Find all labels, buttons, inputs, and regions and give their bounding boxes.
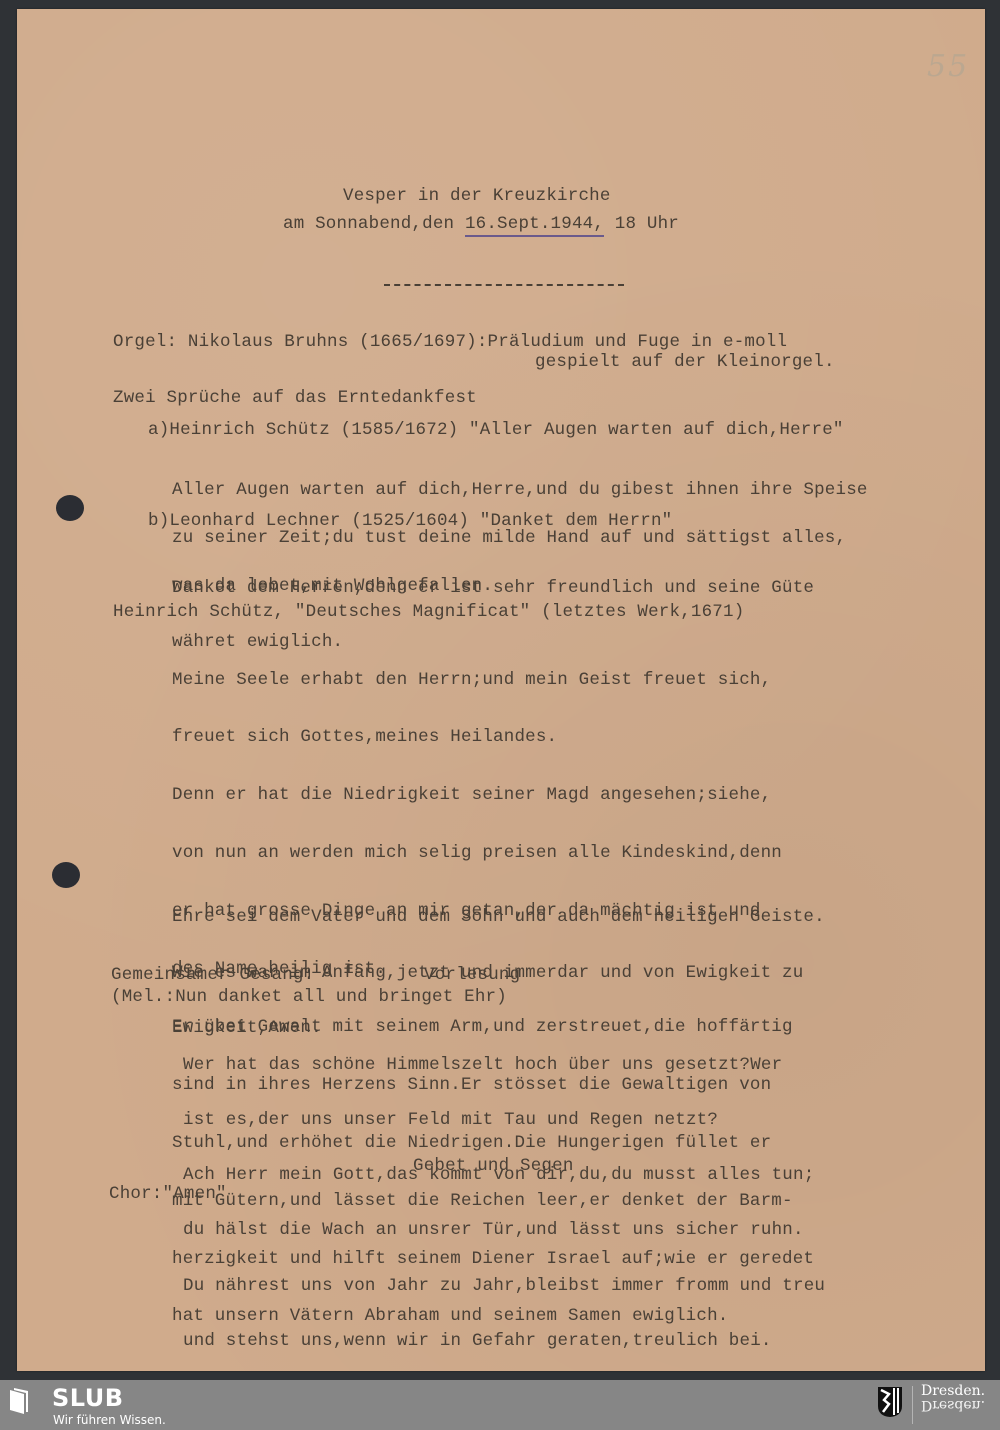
hymn-label: Gemeinsamer Gesang: bbox=[111, 966, 314, 984]
text-line: ist es,der uns unser Feld mit Tau und Re… bbox=[183, 1111, 825, 1129]
footer-divider bbox=[912, 1386, 913, 1424]
reading-label: Vorlesung bbox=[424, 966, 520, 984]
date-suffix: 18 Uhr bbox=[604, 214, 679, 234]
footer-bar: SLUB Wir führen Wissen. Dresden. Dresden… bbox=[0, 1380, 1000, 1430]
text-line: Ehre sei dem Vater und dem Sohn und auch… bbox=[172, 908, 825, 927]
book-icon bbox=[8, 1388, 30, 1416]
document-date-line: am Sonnabend,den 16.Sept.1944, 18 Uhr bbox=[283, 215, 679, 233]
dresden-logo-reflection: Dresden. bbox=[921, 1398, 985, 1412]
date-underlined: 16.Sept.1944, bbox=[465, 214, 604, 237]
document-page: 55 Vesper in der Kreuzkirche am Sonnaben… bbox=[17, 9, 985, 1371]
hymn-melody: (Mel.:Nun danket all und bringet Ehr) bbox=[111, 988, 507, 1006]
slub-tagline: Wir führen Wissen. bbox=[53, 1413, 166, 1427]
text-line: Aller Augen warten auf dich,Herre,und du… bbox=[172, 482, 868, 498]
text-line: du hälst die Wach an unsrer Tür,und läss… bbox=[183, 1221, 825, 1239]
text-line: Denn er hat die Niedrigkeit seiner Magd … bbox=[172, 786, 814, 805]
organ-line-2: gespielt auf der Kleinorgel. bbox=[535, 353, 835, 371]
organ-line-1: Orgel: Nikolaus Bruhns (1665/1697):Prälu… bbox=[113, 333, 787, 351]
text-line: Du nährest uns von Jahr zu Jahr,bleibst … bbox=[183, 1277, 825, 1295]
title-divider bbox=[384, 284, 624, 286]
punch-hole-lower bbox=[52, 862, 80, 888]
text-line: freuet sich Gottes,meines Heilandes. bbox=[172, 728, 814, 747]
saying-a-heading: a)Heinrich Schütz (1585/1672) "Aller Aug… bbox=[148, 421, 844, 439]
dresden-crest-icon bbox=[877, 1386, 903, 1418]
text-line: Danket dem Herren,denn er ist sehr freun… bbox=[172, 579, 814, 597]
magnificat-heading: Heinrich Schütz, "Deutsches Magnificat" … bbox=[113, 603, 744, 621]
text-line: Meine Seele erhabt den Herrn;und mein Ge… bbox=[172, 671, 814, 690]
choir-amen: Chor:"Amen" bbox=[109, 1185, 227, 1203]
sayings-heading: Zwei Sprüche auf das Erntedankfest bbox=[113, 389, 477, 407]
prayer-blessing: Gebet und Segen bbox=[413, 1157, 574, 1175]
date-prefix: am Sonnabend,den bbox=[283, 214, 465, 234]
text-line: und stehst uns,wenn wir in Gefahr gerate… bbox=[183, 1332, 825, 1350]
text-line: von nun an werden mich selig preisen all… bbox=[172, 844, 814, 863]
dresden-logo[interactable]: Dresden. Dresden. bbox=[921, 1384, 985, 1412]
text-line: Wer hat das schöne Himmelszelt hoch über… bbox=[183, 1056, 825, 1074]
document-title: Vesper in der Kreuzkirche bbox=[343, 187, 611, 205]
slub-logo-text[interactable]: SLUB bbox=[52, 1384, 124, 1412]
saying-b-heading: b)Leonhard Lechner (1525/1604) "Danket d… bbox=[148, 512, 672, 530]
hymn-text: Wer hat das schöne Himmelszelt hoch über… bbox=[183, 1019, 825, 1387]
punch-hole-upper bbox=[56, 495, 84, 521]
page-number-pencil: 55 bbox=[927, 49, 969, 84]
